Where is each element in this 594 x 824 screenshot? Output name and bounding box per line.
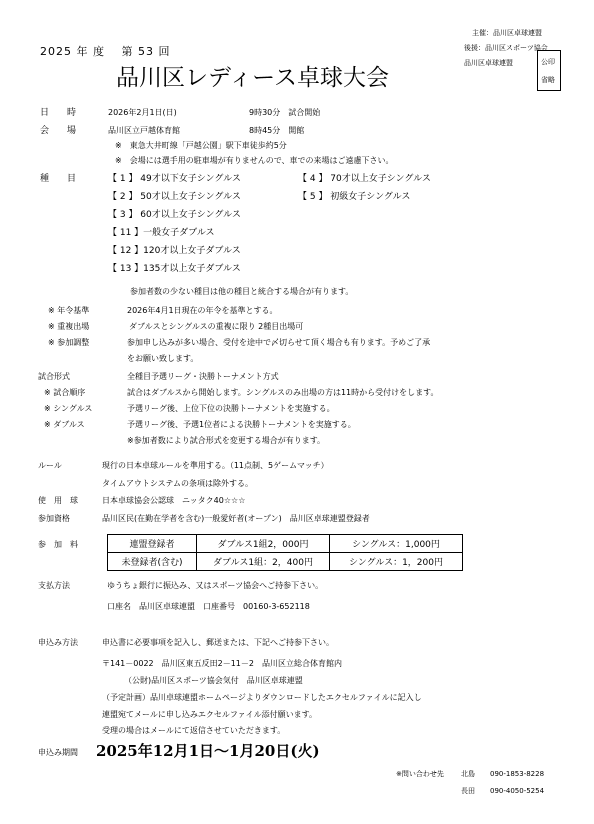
fee-cell: シングルス：1,000円 xyxy=(330,535,463,553)
payment-account: 口座名 品川区卓球連盟 口座番号 00160-3-652118 xyxy=(107,603,310,611)
fee-row-registered: 連盟登録者 ダブルス1組2，000円 シングルス：1,000円 xyxy=(108,535,463,553)
organizer-text: 主催：品川区卓球連盟 xyxy=(472,30,548,37)
doubles-format-label: ※ ダブルス xyxy=(44,421,85,429)
age-basis-text: 2026年4月1日現在の年令を基準とする。 xyxy=(127,307,278,315)
entry-adjust-label: ※ 参加調整 xyxy=(48,339,89,347)
ball-label: 使 用 球 xyxy=(38,497,78,505)
rule-line-1: 現行の日本卓球ルールを準用する。（11点制、5ゲームマッチ） xyxy=(102,462,329,470)
match-order-text: 試合はダブルスから開始します。シングルスのみ出場の方は11時から受付けをします。 xyxy=(127,389,439,397)
events-merge-note: 参加者数の少ない種目は他の種目と統合する場合が有ります。 xyxy=(130,288,353,296)
fee-cell: ダブルス1組2，000円 xyxy=(197,535,330,553)
event-12: 【 12 】120才以上女子ダブルス xyxy=(108,247,241,256)
edition-line: 2025 年 度 第 53 回 xyxy=(40,46,170,57)
venue-note-parking: ※ 会場には選手用の駐車場が有りませんので、車での来場はご遠慮下さい。 xyxy=(115,157,394,165)
application-line-4: （予定計画）品川卓球連盟ホームページよりダウンロードしたエクセルファイルに記入し xyxy=(102,694,422,702)
fee-cell: 連盟登録者 xyxy=(108,535,197,553)
event-11: 【 11 】一般女子ダブルス xyxy=(108,229,215,238)
event-5: 【 5 】 初級女子シングルス xyxy=(298,193,410,202)
period-value: 2025年12月1日～1月20日(火) xyxy=(96,744,320,759)
venue-note-access: ※ 東急大井町線「戸越公園」駅下車徒歩約5分 xyxy=(115,142,287,150)
entry-adjust-text: 参加申し込みが多い場合、受付を途中で〆切らせて頂く場合も有ります。予めご了承 xyxy=(127,339,430,347)
issuer-text: 品川区卓球連盟 xyxy=(464,60,548,67)
fee-cell: シングルス：1，200円 xyxy=(330,553,463,571)
duplicate-entry-label: ※ 重複出場 xyxy=(48,323,89,331)
date-value: 2026年2月1日(日) xyxy=(108,109,177,117)
events-label: 種 目 xyxy=(40,175,76,184)
rule-label: ルール xyxy=(38,462,62,470)
fee-table: 連盟登録者 ダブルス1組2，000円 シングルス：1,000円 未登録者(含む)… xyxy=(107,534,463,571)
contact-label: ※問い合わせ先 xyxy=(396,771,444,778)
open-time: 8時45分 開館 xyxy=(249,127,304,135)
application-line-6: 受理の場合はメールにて返信させていただきます。 xyxy=(102,727,285,735)
contact-name-2: 長田 xyxy=(461,788,475,795)
event-4: 【 4 】 70才以上女子シングルス xyxy=(298,175,431,184)
contact-phone-2: 090-4050-5254 xyxy=(490,788,544,795)
payment-label: 支払方法 xyxy=(38,582,70,590)
singles-format-label: ※ シングルス xyxy=(44,405,92,413)
application-label: 申込み方法 xyxy=(38,639,78,647)
duplicate-entry-text: ダブルスとシングルスの重複に限り 2種目出場可 xyxy=(129,323,303,331)
period-label: 申込み期間 xyxy=(38,749,78,757)
entry-adjust-text-2: をお願い致します。 xyxy=(127,355,198,363)
venue-label: 会 場 xyxy=(40,127,76,136)
application-address: 〒141－0022 品川区東五反田2－11－2 品川区立総合体育館内 xyxy=(102,660,342,668)
format-label: 試合形式 xyxy=(38,373,70,381)
organizer-block: 主催：品川区卓球連盟 後援：品川区スポーツ協会 品川区卓球連盟 xyxy=(464,30,548,75)
payment-line-1: ゆうちょ銀行に振込み、又はスポーツ協会へご持参下さい。 xyxy=(107,582,323,590)
start-time: 9時30分 試合開始 xyxy=(249,109,320,117)
match-order-label: ※ 試合順序 xyxy=(44,389,85,397)
eligibility-label: 参加資格 xyxy=(38,515,70,523)
format-change-note: ※参加者数により試合形式を変更する場合が有ります。 xyxy=(127,437,325,445)
page-title: 品川区レディース卓球大会 xyxy=(116,67,389,90)
ball-value: 日本卓球協会公認球 ニッタク40☆☆☆ xyxy=(102,497,245,505)
contact-name-1: 北島 xyxy=(461,771,475,778)
rule-line-2: タイムアウトシステムの条項は除外する。 xyxy=(102,480,253,488)
fee-cell: ダブルス1組：2，400円 xyxy=(197,553,330,571)
seal-line-2: 省略 xyxy=(541,75,555,85)
application-c-o: （公財)品川区スポーツ協会気付 品川区卓球連盟 xyxy=(124,677,303,685)
format-value: 全種目予選リーグ・決勝トーナメント方式 xyxy=(127,373,279,381)
seal-line-1: 公印 xyxy=(541,57,555,67)
contact-phone-1: 090-1853-8228 xyxy=(490,771,544,778)
fee-row-unregistered: 未登録者(含む) ダブルス1組：2，400円 シングルス：1，200円 xyxy=(108,553,463,571)
application-line-1: 申込書に必要事項を記入し、郵送または、下記へご持参下さい。 xyxy=(102,639,334,647)
venue-value: 品川区立戸越体育館 xyxy=(108,127,180,135)
application-line-5: 連盟宛てメールに申し込みエクセルファイル添付願います。 xyxy=(102,711,317,719)
date-label: 日 時 xyxy=(40,109,76,118)
doubles-format-text: 予選リーグ後、予選1位者による決勝トーナメントを実施する。 xyxy=(127,421,356,429)
event-2: 【 2 】 50才以上女子シングルス xyxy=(108,193,241,202)
event-1: 【 1 】 49才以下女子シングルス xyxy=(108,175,241,184)
seal-box: 公印 省略 xyxy=(537,50,561,91)
age-basis-label: ※ 年令基準 xyxy=(48,307,89,315)
singles-format-text: 予選リーグ後、上位下位の決勝トーナメントを実施する。 xyxy=(127,405,335,413)
fee-cell: 未登録者(含む) xyxy=(108,553,197,571)
eligibility-value: 品川区民(在勤在学者を含む)一般愛好者(オープン) 品川区卓球連盟登録者 xyxy=(102,515,370,523)
supporter-text: 後援：品川区スポーツ協会 xyxy=(464,45,548,52)
event-3: 【 3 】 60才以上女子シングルス xyxy=(108,211,241,220)
event-13: 【 13 】135才以上女子ダブルス xyxy=(108,265,241,274)
fee-label: 参 加 料 xyxy=(38,541,78,549)
